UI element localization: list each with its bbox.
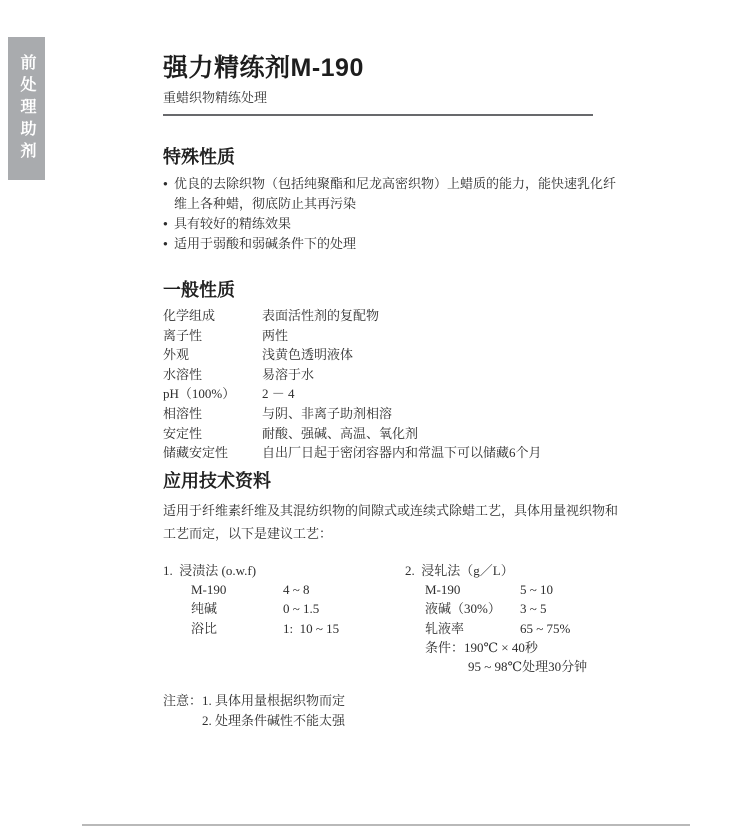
property-label: 外观 bbox=[163, 345, 262, 365]
recipe-label: 液碱（30%） bbox=[425, 599, 520, 618]
table-row: 外观 浅黄色透明液体 bbox=[163, 345, 625, 365]
bullet-icon: ● bbox=[163, 234, 174, 254]
recipe-value: 5 ~ 10 bbox=[520, 580, 625, 599]
property-label: pH（100%） bbox=[163, 384, 262, 404]
property-value: 表面活性剂的复配物 bbox=[262, 306, 625, 326]
table-row: 安定性 耐酸、强碱、高温、氧化剂 bbox=[163, 424, 625, 444]
property-value: 易溶于水 bbox=[262, 365, 625, 385]
method-padding: 2. 浸轧法（g／L） M-190 5 ~ 10 液碱（30%） 3 ~ 5 轧… bbox=[405, 561, 625, 677]
footer-divider bbox=[82, 824, 690, 826]
list-item: ● 具有较好的精练效果 bbox=[163, 214, 625, 234]
recipe-value: 4 ~ 8 bbox=[283, 580, 405, 599]
recipe-value: 3 ~ 5 bbox=[520, 599, 625, 618]
list-item-text: 优良的去除织物（包括纯聚酯和尼龙高密织物）上蜡质的能力，能快速乳化纤维上各种蜡，… bbox=[174, 174, 625, 214]
document-content: 强力精练剂M-190 重蜡织物精练处理 特殊性质 ● 优良的去除织物（包括纯聚酯… bbox=[163, 52, 625, 731]
special-properties-heading: 特殊性质 bbox=[163, 145, 625, 169]
general-properties-heading: 一般性质 bbox=[163, 278, 625, 302]
recipe-label: 轧液率 bbox=[425, 619, 520, 638]
recipe-value: 1: 10 ~ 15 bbox=[283, 619, 405, 638]
recipe-label: M-190 bbox=[425, 580, 520, 599]
page-title: 强力精练剂M-190 bbox=[163, 52, 625, 84]
recipe-row: 浴比 1: 10 ~ 15 bbox=[163, 619, 405, 638]
property-value: 浅黄色透明液体 bbox=[262, 345, 625, 365]
property-label: 安定性 bbox=[163, 424, 262, 444]
application-data-heading: 应用技术资料 bbox=[163, 469, 625, 493]
category-tab: 前处理助剂 bbox=[8, 37, 45, 180]
note-item: 1. 具体用量根据织物而定 bbox=[202, 691, 625, 711]
property-label: 化学组成 bbox=[163, 306, 262, 326]
process-condition: 95 ~ 98℃处理30分钟 bbox=[405, 657, 625, 676]
property-label: 相溶性 bbox=[163, 404, 262, 424]
bullet-icon: ● bbox=[163, 174, 174, 214]
section-application-data: 应用技术资料 适用于纤维素纤维及其混纺织物的间隙式或连续式除蜡工艺，具体用量视织… bbox=[163, 469, 625, 677]
recipe-row: M-190 4 ~ 8 bbox=[163, 580, 405, 599]
method-title: 2. 浸轧法（g／L） bbox=[405, 561, 625, 580]
property-value: 耐酸、强碱、高温、氧化剂 bbox=[262, 424, 625, 444]
recipe-value: 65 ~ 75% bbox=[520, 619, 625, 638]
document-page: 前处理助剂 强力精练剂M-190 重蜡织物精练处理 特殊性质 ● 优良的去除织物… bbox=[0, 0, 734, 831]
notes-label: 注意： bbox=[163, 691, 202, 731]
table-row: 水溶性 易溶于水 bbox=[163, 365, 625, 385]
recipe-label: 纯碱 bbox=[191, 599, 283, 618]
notes-block: 注意： 1. 具体用量根据织物而定 2. 处理条件碱性不能太强 bbox=[163, 691, 625, 731]
table-row: 离子性 两性 bbox=[163, 326, 625, 346]
list-item-text: 适用于弱酸和弱碱条件下的处理 bbox=[174, 234, 625, 254]
section-special-properties: 特殊性质 ● 优良的去除织物（包括纯聚酯和尼龙高密织物）上蜡质的能力，能快速乳化… bbox=[163, 145, 625, 254]
table-row: 相溶性 与阴、非离子助剂相溶 bbox=[163, 404, 625, 424]
category-tab-label: 前处理助剂 bbox=[15, 54, 38, 164]
table-row: 化学组成 表面活性剂的复配物 bbox=[163, 306, 625, 326]
recipe-value: 0 ~ 1.5 bbox=[283, 599, 405, 618]
property-label: 水溶性 bbox=[163, 365, 262, 385]
property-value: 2 － 4 bbox=[262, 384, 625, 404]
method-title: 1. 浸渍法 (o.w.f) bbox=[163, 561, 405, 580]
property-value: 两性 bbox=[262, 326, 625, 346]
method-dipping: 1. 浸渍法 (o.w.f) M-190 4 ~ 8 纯碱 0 ~ 1.5 浴比… bbox=[163, 561, 405, 677]
general-properties-table: 化学组成 表面活性剂的复配物 离子性 两性 外观 浅黄色透明液体 水溶性 易溶于… bbox=[163, 306, 625, 463]
page-subtitle: 重蜡织物精练处理 bbox=[163, 90, 625, 105]
recipe-row: 轧液率 65 ~ 75% bbox=[405, 619, 625, 638]
section-general-properties: 一般性质 化学组成 表面活性剂的复配物 离子性 两性 外观 浅黄色透明液体 水溶… bbox=[163, 278, 625, 463]
recipe-row: M-190 5 ~ 10 bbox=[405, 580, 625, 599]
recipe-label: 浴比 bbox=[191, 619, 283, 638]
recipe-row: 液碱（30%） 3 ~ 5 bbox=[405, 599, 625, 618]
list-item: ● 适用于弱酸和弱碱条件下的处理 bbox=[163, 234, 625, 254]
property-value: 自出厂日起于密闭容器内和常温下可以储藏6个月 bbox=[262, 443, 625, 463]
process-condition: 条件：190℃ × 40秒 bbox=[405, 638, 625, 657]
list-item: ● 优良的去除织物（包括纯聚酯和尼龙高密织物）上蜡质的能力，能快速乳化纤维上各种… bbox=[163, 174, 625, 214]
recommended-processes: 1. 浸渍法 (o.w.f) M-190 4 ~ 8 纯碱 0 ~ 1.5 浴比… bbox=[163, 561, 625, 677]
application-intro: 适用于纤维素纤维及其混纺织物的间隙式或连续式除蜡工艺，具体用量视织物和工艺而定，… bbox=[163, 499, 623, 545]
note-item: 2. 处理条件碱性不能太强 bbox=[202, 711, 625, 731]
list-item-text: 具有较好的精练效果 bbox=[174, 214, 625, 234]
notes-list: 1. 具体用量根据织物而定 2. 处理条件碱性不能太强 bbox=[202, 691, 625, 731]
table-row: 储藏安定性 自出厂日起于密闭容器内和常温下可以储藏6个月 bbox=[163, 443, 625, 463]
table-row: pH（100%） 2 － 4 bbox=[163, 384, 625, 404]
bullet-icon: ● bbox=[163, 214, 174, 234]
header-divider bbox=[163, 114, 593, 116]
special-properties-list: ● 优良的去除织物（包括纯聚酯和尼龙高密织物）上蜡质的能力，能快速乳化纤维上各种… bbox=[163, 174, 625, 254]
property-label: 储藏安定性 bbox=[163, 443, 262, 463]
recipe-row: 纯碱 0 ~ 1.5 bbox=[163, 599, 405, 618]
property-label: 离子性 bbox=[163, 326, 262, 346]
property-value: 与阴、非离子助剂相溶 bbox=[262, 404, 625, 424]
recipe-label: M-190 bbox=[191, 580, 283, 599]
